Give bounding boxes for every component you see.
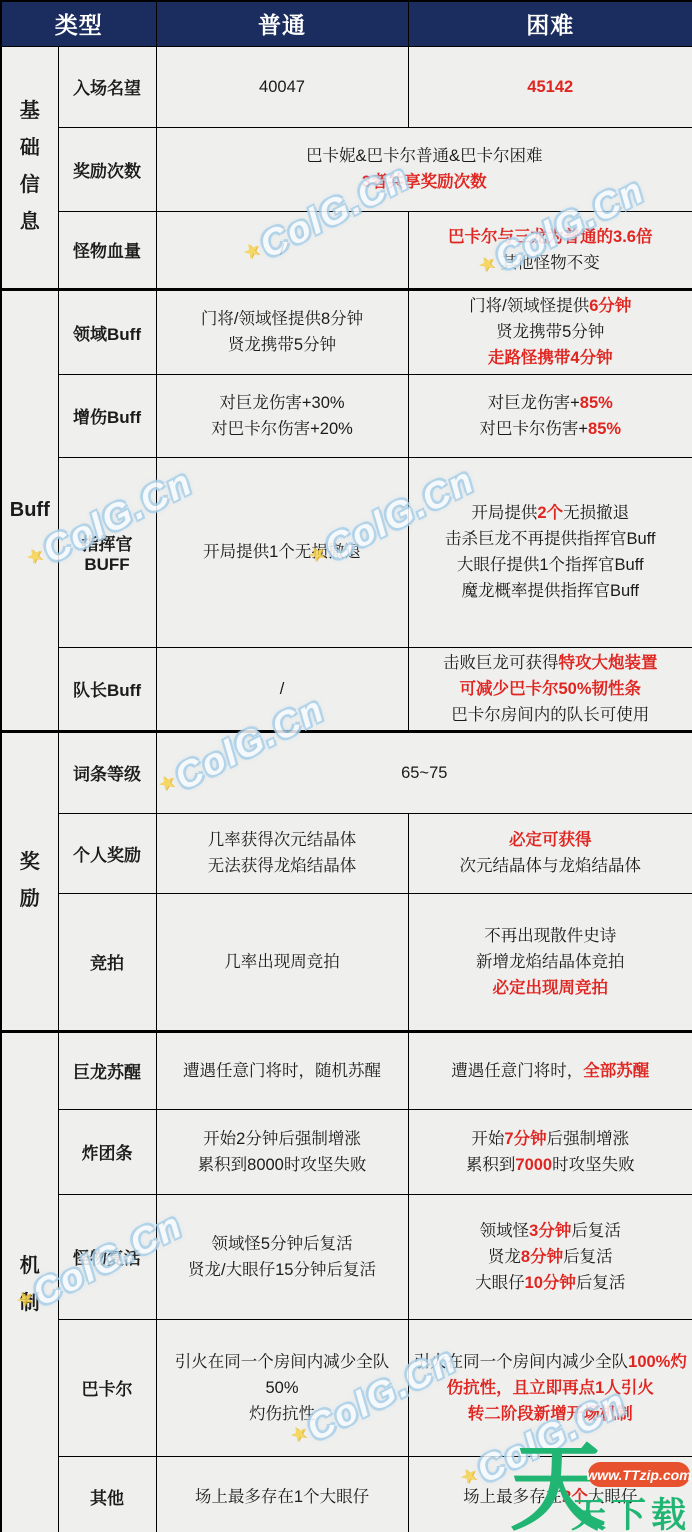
cell-text: 遭遇任意门将时， [451, 1062, 583, 1080]
cell-text: 不再出现散件史诗 [484, 927, 616, 945]
cell-hard-mode: 遭遇任意门将时，全部苏醒 [408, 1031, 692, 1109]
cell-text: / [280, 680, 285, 698]
cell-normal-mode: 对巨龙伤害+30%对巴卡尔伤害+20% [156, 374, 408, 457]
cell-hard-mode: 对巨龙伤害+85%对巴卡尔伤害+85% [408, 374, 692, 457]
cell-hard-mode: 引火在同一个房间内减少全队100%灼伤抗性，且立即再点1人引火转二阶段新增开场机… [408, 1319, 692, 1456]
cell-line: 灼伤抗性 [249, 1401, 315, 1427]
cell-normal-mode: 遭遇任意门将时，随机苏醒 [156, 1031, 408, 1109]
cell-line: 场上最多存在1个大眼仔 [195, 1484, 369, 1510]
cell-normal-mode: 几率出现周竞拍 [156, 893, 408, 1031]
cell-text: 开局提供1个无损撤退 [203, 543, 361, 561]
cell-line: 3者共享奖励次数 [362, 169, 487, 195]
table-row: 怪物复活领域怪5分钟后复活贤龙/大眼仔15分钟后复活领域怪3分钟后复活贤龙8分钟… [1, 1194, 692, 1319]
highlight-text: 3分钟 [529, 1222, 571, 1240]
cell-content: / [161, 676, 404, 702]
cell-line: 引火在同一个房间内减少全队100%灼伤抗性，且立即再点1人引火 [413, 1349, 689, 1401]
cell-hard-mode: 开局提供2个无损撤退击杀巨龙不再提供指挥官Buff大眼仔提供1个指挥官Buff魔… [408, 457, 692, 647]
group-label-char: 基 [6, 93, 54, 130]
cell-line: 累积到8000时攻坚失败 [198, 1152, 367, 1178]
cell-text: 几率获得次元结晶体 [208, 831, 357, 849]
cell-line: 贤龙携带5分钟 [496, 319, 604, 345]
cell-text: 门将/领域怪提供8分钟 [201, 310, 363, 328]
compare-table: 类型 普通 困难 基础信息入场名望4004745142奖励次数巴卡妮&巴卡尔普通… [0, 0, 692, 1532]
cell-normal-mode: 门将/领域怪提供8分钟贤龙携带5分钟 [156, 289, 408, 374]
header-type: 类型 [1, 1, 156, 46]
cell-hard-mode: 门将/领域怪提供6分钟贤龙携带5分钟走路怪携带4分钟 [408, 289, 692, 374]
cell-both-modes: 巴卡妮&巴卡尔普通&巴卡尔困难3者共享奖励次数 [156, 127, 692, 211]
table-row: 其他场上最多存在1个大眼仔场上最多存在2个大眼仔 [1, 1456, 692, 1532]
cell-text: 贤龙携带5分钟 [496, 323, 604, 341]
cell-text: 巴卡尔房间内的队长可使用 [451, 706, 649, 724]
cell-text: 对巨龙伤害+ [488, 394, 580, 412]
cell-hard-mode: 击败巨龙可获得特攻大炮装置可减少巴卡尔50%韧性条巴卡尔房间内的队长可使用 [408, 647, 692, 731]
table-row: 竞拍几率出现周竞拍不再出现散件史诗新增龙焰结晶体竞拍必定出现周竞拍 [1, 893, 692, 1031]
cell-text: 巴卡妮&巴卡尔普通&巴卡尔困难 [306, 147, 543, 165]
cell-text: 无损撤退 [563, 504, 629, 522]
cell-text: 贤龙/大眼仔15分钟后复活 [188, 1261, 376, 1279]
cell-text: 门将/领域怪提供 [469, 297, 589, 315]
cell-content: 45142 [413, 74, 689, 100]
group-label-char: 机 [6, 1248, 54, 1285]
cell-normal-mode: 引火在同一个房间内减少全队50%灼伤抗性 [156, 1319, 408, 1456]
cell-line: 必定可获得 [509, 827, 592, 853]
table-row: 基础信息入场名望4004745142 [1, 46, 692, 127]
cell-hard-mode: 开始7分钟后强制增涨累积到7000时攻坚失败 [408, 1109, 692, 1194]
cell-text: 贤龙 [488, 1248, 521, 1266]
row-label: 怪物血量 [58, 211, 156, 289]
row-label: 增伤Buff [58, 374, 156, 457]
cell-content: 领域怪5分钟后复活贤龙/大眼仔15分钟后复活 [161, 1231, 404, 1283]
cell-line: 引火在同一个房间内减少全队50% [161, 1349, 404, 1401]
cell-text: 对巴卡尔伤害+ [479, 420, 588, 438]
cell-text: 开始2分钟后强制增涨 [203, 1130, 361, 1148]
table-row: 怪物血量/巴卡尔与三龙为普通的3.6倍其他怪物不变 [1, 211, 692, 289]
cell-line: 次元结晶体与龙焰结晶体 [460, 853, 642, 879]
highlight-text: 85% [580, 394, 613, 412]
cell-line: 不再出现散件史诗 [484, 923, 616, 949]
table-row: 奖励词条等级65~75 [1, 731, 692, 813]
cell-content: 领域怪3分钟后复活贤龙8分钟后复活大眼仔10分钟后复活 [413, 1218, 689, 1296]
highlight-text: 必定可获得 [509, 831, 592, 849]
table-row: 个人奖励几率获得次元结晶体无法获得龙焰结晶体必定可获得次元结晶体与龙焰结晶体 [1, 813, 692, 893]
cell-text: 引火在同一个房间内减少全队 [414, 1353, 629, 1371]
cell-line: 遭遇任意门将时，全部苏醒 [451, 1058, 649, 1084]
highlight-text: 6分钟 [589, 297, 631, 315]
highlight-text: 85% [588, 420, 621, 438]
cell-line: 40047 [259, 74, 305, 100]
cell-content: 场上最多存在2个大眼仔 [413, 1484, 689, 1510]
group-label-char: 制 [6, 1285, 54, 1322]
cell-content: 遭遇任意门将时，随机苏醒 [161, 1058, 404, 1084]
cell-line: 对巴卡尔伤害+85% [479, 416, 621, 442]
cell-text: 场上最多存在 [463, 1488, 562, 1506]
cell-text: 灼伤抗性 [249, 1405, 315, 1423]
cell-content: / [161, 237, 404, 263]
row-label: 词条等级 [58, 731, 156, 813]
cell-normal-mode: / [156, 211, 408, 289]
highlight-text: 特攻大炮装置 [559, 654, 658, 672]
table-row: 增伤Buff对巨龙伤害+30%对巴卡尔伤害+20%对巨龙伤害+85%对巴卡尔伤害… [1, 374, 692, 457]
cell-text: 65~75 [401, 764, 447, 782]
highlight-text: 8分钟 [521, 1248, 563, 1266]
table-row: 指挥官BUFF开局提供1个无损撤退开局提供2个无损撤退击杀巨龙不再提供指挥官Bu… [1, 457, 692, 647]
cell-content: 65~75 [161, 760, 689, 786]
header-hard-mode: 困难 [408, 1, 692, 46]
group-label: Buff [1, 289, 58, 731]
cell-line: 几率获得次元结晶体 [208, 827, 357, 853]
cell-line: 必定出现周竞拍 [493, 975, 609, 1001]
cell-content: 击败巨龙可获得特攻大炮装置可减少巴卡尔50%韧性条巴卡尔房间内的队长可使用 [413, 650, 689, 728]
cell-content: 巴卡妮&巴卡尔普通&巴卡尔困难3者共享奖励次数 [161, 143, 689, 195]
cell-text: 新增龙焰结晶体竞拍 [476, 953, 625, 971]
cell-text: 后复活 [563, 1248, 613, 1266]
cell-line: 大眼仔提供1个指挥官Buff [457, 552, 644, 578]
cell-content: 开始7分钟后强制增涨累积到7000时攻坚失败 [413, 1126, 689, 1178]
cell-content: 几率出现周竞拍 [161, 949, 404, 975]
row-label: 其他 [58, 1456, 156, 1532]
highlight-text: 2个 [562, 1488, 588, 1506]
cell-hard-mode: 必定可获得次元结晶体与龙焰结晶体 [408, 813, 692, 893]
cell-line: 开局提供1个无损撤退 [203, 539, 361, 565]
row-label: 领域Buff [58, 289, 156, 374]
cell-content: 开始2分钟后强制增涨累积到8000时攻坚失败 [161, 1126, 404, 1178]
cell-text: 累积到 [466, 1156, 516, 1174]
cell-content: 遭遇任意门将时，全部苏醒 [413, 1058, 689, 1084]
cell-line: / [280, 676, 285, 702]
cell-content: 巴卡尔与三龙为普通的3.6倍其他怪物不变 [413, 224, 689, 276]
cell-line: 新增龙焰结晶体竞拍 [476, 949, 625, 975]
cell-content: 不再出现散件史诗新增龙焰结晶体竞拍必定出现周竞拍 [413, 923, 689, 1001]
cell-line: 领域怪5分钟后复活 [211, 1231, 352, 1257]
cell-line: 魔龙概率提供指挥官Buff [461, 578, 639, 604]
cell-text: 领域怪5分钟后复活 [211, 1235, 352, 1253]
row-label: 奖励次数 [58, 127, 156, 211]
cell-text: 贤龙携带5分钟 [228, 336, 336, 354]
highlight-text: 可减少巴卡尔50%韧性条 [459, 680, 641, 698]
cell-text: 其他怪物不变 [501, 254, 600, 272]
cell-line: 几率出现周竞拍 [224, 949, 340, 975]
highlight-text: 3者共享奖励次数 [362, 173, 487, 191]
cell-line: 走路怪携带4分钟 [488, 345, 613, 371]
table-row: 巴卡尔引火在同一个房间内减少全队50%灼伤抗性引火在同一个房间内减少全队100%… [1, 1319, 692, 1456]
cell-text: 次元结晶体与龙焰结晶体 [460, 857, 642, 875]
cell-text: 时攻坚失败 [552, 1156, 635, 1174]
row-label: 巴卡尔 [58, 1319, 156, 1456]
cell-hard-mode: 巴卡尔与三龙为普通的3.6倍其他怪物不变 [408, 211, 692, 289]
cell-text: 遭遇任意门将时，随机苏醒 [183, 1062, 381, 1080]
row-label: 入场名望 [58, 46, 156, 127]
table-row: 炸团条开始2分钟后强制增涨累积到8000时攻坚失败开始7分钟后强制增涨累积到70… [1, 1109, 692, 1194]
cell-normal-mode: 40047 [156, 46, 408, 127]
cell-line: / [280, 237, 285, 263]
cell-normal-mode: 开局提供1个无损撤退 [156, 457, 408, 647]
cell-line: 其他怪物不变 [501, 250, 600, 276]
cell-content: 引火在同一个房间内减少全队50%灼伤抗性 [161, 1349, 404, 1427]
cell-content: 场上最多存在1个大眼仔 [161, 1484, 404, 1510]
cell-line: 转二阶段新增开场机制 [468, 1401, 633, 1427]
cell-text: 魔龙概率提供指挥官Buff [461, 582, 639, 600]
cell-content: 对巨龙伤害+85%对巴卡尔伤害+85% [413, 390, 689, 442]
cell-content: 几率获得次元结晶体无法获得龙焰结晶体 [161, 827, 404, 879]
cell-line: 领域怪3分钟后复活 [480, 1218, 621, 1244]
cell-text: 开始 [471, 1130, 504, 1148]
cell-hard-mode: 不再出现散件史诗新增龙焰结晶体竞拍必定出现周竞拍 [408, 893, 692, 1031]
cell-text: 后复活 [576, 1274, 626, 1292]
row-label: 竞拍 [58, 893, 156, 1031]
row-label: 指挥官BUFF [58, 457, 156, 647]
cell-text: 场上最多存在1个大眼仔 [195, 1488, 369, 1506]
cell-line: 65~75 [401, 760, 447, 786]
highlight-text: 全部苏醒 [583, 1062, 649, 1080]
cell-normal-mode: 几率获得次元结晶体无法获得龙焰结晶体 [156, 813, 408, 893]
cell-text: 对巨龙伤害+30% [219, 394, 344, 412]
cell-text: 后强制增涨 [547, 1130, 630, 1148]
row-label: 个人奖励 [58, 813, 156, 893]
cell-line: 贤龙携带5分钟 [228, 332, 336, 358]
group-label-char: 励 [6, 881, 54, 918]
cell-line: 累积到7000时攻坚失败 [466, 1152, 635, 1178]
group-label: 基础信息 [1, 46, 58, 289]
cell-line: 可减少巴卡尔50%韧性条 [459, 676, 641, 702]
group-label: 奖励 [1, 731, 58, 1031]
cell-line: 巴卡尔与三龙为普通的3.6倍 [448, 224, 652, 250]
highlight-text: 转二阶段新增开场机制 [468, 1405, 633, 1423]
cell-line: 对巴卡尔伤害+20% [211, 416, 353, 442]
cell-content: 必定可获得次元结晶体与龙焰结晶体 [413, 827, 689, 879]
cell-line: 门将/领域怪提供6分钟 [469, 293, 631, 319]
cell-content: 门将/领域怪提供6分钟贤龙携带5分钟走路怪携带4分钟 [413, 293, 689, 371]
group-label-char: 础 [6, 130, 54, 167]
cell-content: 开局提供2个无损撤退击杀巨龙不再提供指挥官Buff大眼仔提供1个指挥官Buff魔… [413, 500, 689, 604]
group-label-char: 息 [6, 204, 54, 241]
group-label: 机制 [1, 1031, 58, 1532]
cell-text: 大眼仔提供1个指挥官Buff [457, 556, 644, 574]
cell-line: 击杀巨龙不再提供指挥官Buff [445, 526, 656, 552]
cell-line: 巴卡尔房间内的队长可使用 [451, 702, 649, 728]
cell-text: 击败巨龙可获得 [443, 654, 559, 672]
cell-line: 门将/领域怪提供8分钟 [201, 306, 363, 332]
cell-line: 击败巨龙可获得特攻大炮装置 [443, 650, 658, 676]
highlight-text: 7分钟 [504, 1130, 546, 1148]
cell-text: 40047 [259, 78, 305, 96]
table-row: 机制巨龙苏醒遭遇任意门将时，随机苏醒遭遇任意门将时，全部苏醒 [1, 1031, 692, 1109]
cell-text: 击杀巨龙不再提供指挥官Buff [445, 530, 656, 548]
table-row: 奖励次数巴卡妮&巴卡尔普通&巴卡尔困难3者共享奖励次数 [1, 127, 692, 211]
cell-line: 开始2分钟后强制增涨 [203, 1126, 361, 1152]
cell-normal-mode: / [156, 647, 408, 731]
cell-hard-mode: 45142 [408, 46, 692, 127]
cell-line: 贤龙8分钟后复活 [488, 1244, 613, 1270]
cell-content: 对巨龙伤害+30%对巴卡尔伤害+20% [161, 390, 404, 442]
row-label: 队长Buff [58, 647, 156, 731]
group-label-char: 信 [6, 167, 54, 204]
cell-line: 对巨龙伤害+85% [488, 390, 613, 416]
cell-line: 遭遇任意门将时，随机苏醒 [183, 1058, 381, 1084]
cell-line: 无法获得龙焰结晶体 [208, 853, 357, 879]
group-label-char: 奖 [6, 844, 54, 881]
cell-text: 领域怪 [480, 1222, 530, 1240]
cell-text: 对巴卡尔伤害+20% [211, 420, 353, 438]
cell-text: 大眼仔 [588, 1488, 638, 1506]
cell-hard-mode: 领域怪3分钟后复活贤龙8分钟后复活大眼仔10分钟后复活 [408, 1194, 692, 1319]
cell-text: 几率出现周竞拍 [224, 953, 340, 971]
cell-content: 开局提供1个无损撤退 [161, 539, 404, 565]
highlight-text: 45142 [527, 78, 573, 96]
raid-compare-page: 类型 普通 困难 基础信息入场名望4004745142奖励次数巴卡妮&巴卡尔普通… [0, 0, 692, 1532]
cell-line: 贤龙/大眼仔15分钟后复活 [188, 1257, 376, 1283]
cell-line: 场上最多存在2个大眼仔 [463, 1484, 637, 1510]
cell-normal-mode: 场上最多存在1个大眼仔 [156, 1456, 408, 1532]
cell-text: 开局提供 [471, 504, 537, 522]
cell-hard-mode: 场上最多存在2个大眼仔 [408, 1456, 692, 1532]
cell-text: 累积到8000时攻坚失败 [198, 1156, 367, 1174]
table-row: 队长Buff/击败巨龙可获得特攻大炮装置可减少巴卡尔50%韧性条巴卡尔房间内的队… [1, 647, 692, 731]
cell-content: 40047 [161, 74, 404, 100]
cell-both-modes: 65~75 [156, 731, 692, 813]
cell-text: / [280, 241, 285, 259]
highlight-text: 巴卡尔与三龙为普通的3.6倍 [448, 228, 652, 246]
header-normal-mode: 普通 [156, 1, 408, 46]
cell-line: 大眼仔10分钟后复活 [475, 1270, 625, 1296]
cell-line: 开始7分钟后强制增涨 [471, 1126, 629, 1152]
cell-line: 巴卡妮&巴卡尔普通&巴卡尔困难 [306, 143, 543, 169]
cell-normal-mode: 开始2分钟后强制增涨累积到8000时攻坚失败 [156, 1109, 408, 1194]
cell-line: 45142 [527, 74, 573, 100]
cell-text: 引火在同一个房间内减少全队50% [175, 1353, 390, 1397]
highlight-text: 7000 [515, 1156, 552, 1174]
cell-content: 引火在同一个房间内减少全队100%灼伤抗性，且立即再点1人引火转二阶段新增开场机… [413, 1349, 689, 1427]
highlight-text: 必定出现周竞拍 [493, 979, 609, 997]
cell-text: 后复活 [571, 1222, 621, 1240]
cell-line: 开局提供2个无损撤退 [471, 500, 629, 526]
cell-normal-mode: 领域怪5分钟后复活贤龙/大眼仔15分钟后复活 [156, 1194, 408, 1319]
highlight-text: 10分钟 [525, 1274, 576, 1292]
cell-content: 门将/领域怪提供8分钟贤龙携带5分钟 [161, 306, 404, 358]
highlight-text: 走路怪携带4分钟 [488, 349, 613, 367]
row-label: 炸团条 [58, 1109, 156, 1194]
cell-text: 大眼仔 [475, 1274, 525, 1292]
table-row: Buff领域Buff门将/领域怪提供8分钟贤龙携带5分钟门将/领域怪提供6分钟贤… [1, 289, 692, 374]
cell-text: 无法获得龙焰结晶体 [208, 857, 357, 875]
highlight-text: 2个 [537, 504, 563, 522]
cell-line: 对巨龙伤害+30% [219, 390, 344, 416]
header-row: 类型 普通 困难 [1, 1, 692, 46]
row-label: 巨龙苏醒 [58, 1031, 156, 1109]
row-label: 怪物复活 [58, 1194, 156, 1319]
